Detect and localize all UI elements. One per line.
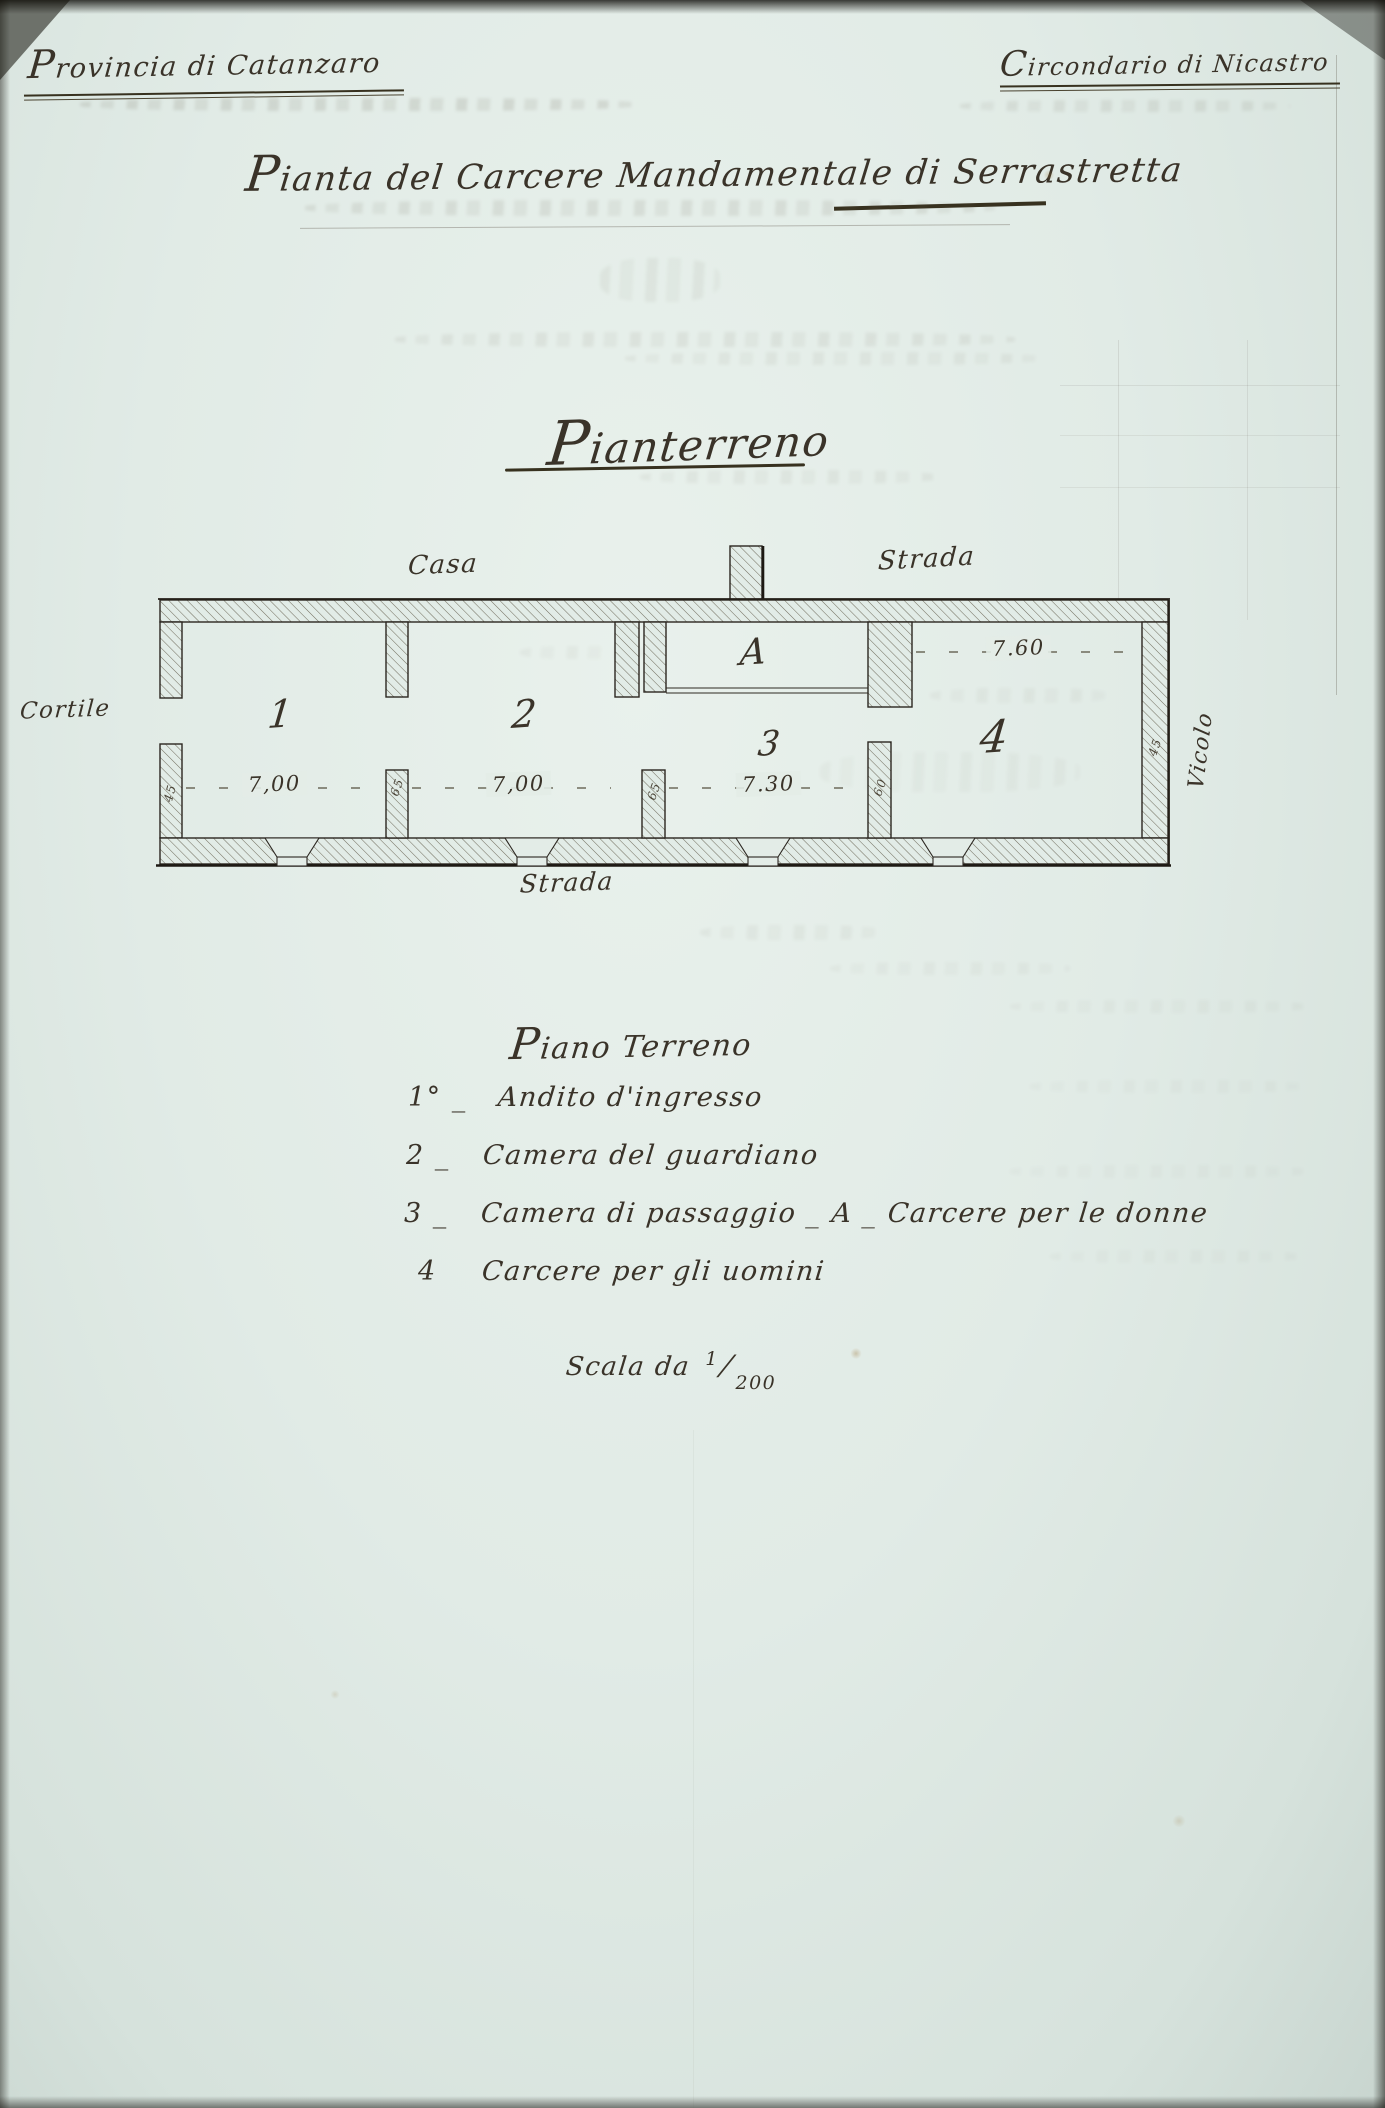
scale-prefix: Scala da [564, 1352, 691, 1382]
pier-2-3-upper [615, 622, 639, 697]
scale-slash: ⁄ [724, 1350, 731, 1385]
label-casa: Casa [407, 549, 479, 582]
room-label-2: 2 [510, 691, 540, 737]
wall-top [160, 600, 1168, 622]
pier-1-2-upper [386, 622, 408, 697]
wall-left-upper [160, 622, 182, 698]
legend-key: 1° _ [408, 1082, 467, 1113]
legend-key: 4 [418, 1256, 437, 1287]
pier-3-4-upper [868, 622, 912, 707]
dim-room2: 7,00 [486, 771, 552, 797]
scale-denominator: 200 [736, 1372, 777, 1394]
label-cortile: Cortile [19, 695, 111, 724]
scale-note: Scala da 1 ⁄ 200 [566, 1348, 776, 1394]
room-label-a: A [739, 631, 769, 674]
legend-text: Carcere per gli uomini [480, 1256, 826, 1287]
legend-item-3: 3 _ Camera di passaggio _ A _ Carcere pe… [404, 1198, 1208, 1229]
wall-right [1142, 622, 1168, 838]
legend-key: 2 _ [406, 1140, 450, 1171]
dim-room4: 7.60 [986, 635, 1052, 661]
legend-item-1: 1° _ Andito d'ingresso [408, 1082, 763, 1113]
label-strada-top: Strada [877, 541, 976, 576]
wall-top-stub [730, 546, 762, 604]
legend-key: 3 _ [404, 1198, 448, 1229]
label-strada-bottom: Strada [519, 866, 615, 898]
scale-numerator: 1 [705, 1348, 719, 1370]
legend-text: Andito d'ingresso [496, 1082, 764, 1113]
legend-text: Camera di passaggio _ A _ Carcere per le… [479, 1198, 1210, 1229]
dim-room3: 7.30 [736, 771, 802, 797]
room-label-1: 1 [266, 691, 296, 737]
legend-text: Camera del guardiano [481, 1140, 820, 1171]
manuscript-page: Provincia di Catanzaro Circondario di Ni… [0, 0, 1385, 2108]
dim-room1: 7,00 [242, 771, 308, 797]
legend-item-2: 2 _ Camera del guardiano [406, 1140, 819, 1171]
room-a-left-wall [644, 622, 666, 692]
room-label-4: 4 [977, 711, 1012, 765]
room-label-3: 3 [756, 723, 783, 765]
legend-heading: Piano Terreno [507, 1016, 755, 1070]
legend-item-4: 4 Carcere per gli uomini [418, 1256, 825, 1287]
